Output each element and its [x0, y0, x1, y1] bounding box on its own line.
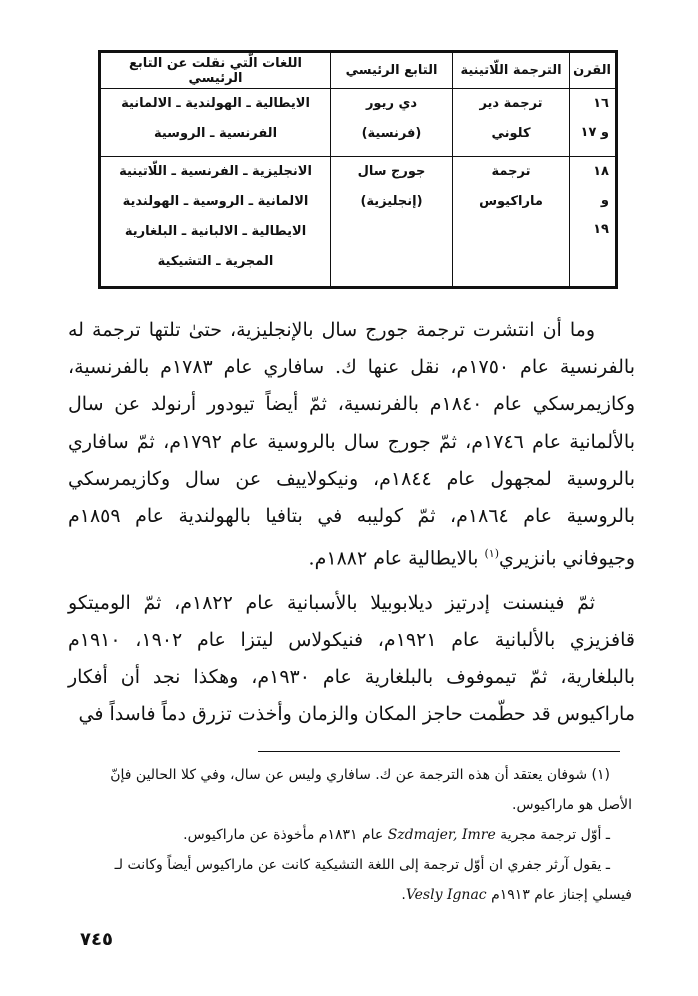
cell-languages: الانجليزية ـ الفرنسية ـ اللّاتينية الالم…: [101, 157, 331, 287]
cell-languages: الايطالية ـ الهولندية ـ الالمانية الفرنس…: [101, 89, 331, 157]
cell-main-source: جورج سال (إنجليزية): [331, 157, 453, 287]
translations-table: القرن الترجمة اللّاتينية التابع الرئيسي …: [98, 50, 618, 289]
page-number: ٧٤٥: [80, 929, 113, 950]
footnote-ref[interactable]: (١): [484, 547, 499, 560]
header-century: القرن: [570, 53, 616, 89]
table-header-row: القرن الترجمة اللّاتينية التابع الرئيسي …: [101, 53, 616, 89]
cell-century: ١٨ و ١٩: [570, 157, 616, 287]
cell-latin-translation: ترجمة دير كلوني: [453, 89, 570, 157]
book-page: القرن الترجمة اللّاتينية التابع الرئيسي …: [0, 0, 698, 996]
table-row: ١٦ و ١٧ ترجمة دير كلوني دي ريور (فرنسية)…: [101, 89, 616, 157]
cell-main-source: دي ريور (فرنسية): [331, 89, 453, 157]
footnote-divider: [258, 751, 620, 752]
footnote-bullet: ـ يقول آرثر جفري ان أوّل ترجمة إلى اللغة…: [72, 850, 632, 910]
footnotes: (١) شوفان يعتقد أن هذه الترجمة عن ك. ساف…: [72, 760, 632, 910]
cell-latin-translation: ترجمة ماراكيوس: [453, 157, 570, 287]
header-languages: اللغات الّتي نقلت عن التابع الرئيسي: [101, 53, 331, 89]
footnote-bullet: ـ أوّل ترجمة مجرية Szdmajer, Imre عام ١٨…: [72, 820, 632, 850]
table-row: ١٨ و ١٩ ترجمة ماراكيوس جورج سال (إنجليزي…: [101, 157, 616, 287]
footnote-1: (١) شوفان يعتقد أن هذه الترجمة عن ك. ساف…: [72, 760, 632, 820]
body-text: وما أن انتشرت ترجمة جورج سال بالإنجليزية…: [68, 312, 635, 734]
header-main-source: التابع الرئيسي: [331, 53, 453, 89]
paragraph: ثمّ فينسنت إدرتيز ديلابوبيلا بالأسبانية …: [68, 585, 635, 734]
header-latin-translation: الترجمة اللّاتينية: [453, 53, 570, 89]
cell-century: ١٦ و ١٧: [570, 89, 616, 157]
paragraph: وما أن انتشرت ترجمة جورج سال بالإنجليزية…: [68, 312, 635, 578]
